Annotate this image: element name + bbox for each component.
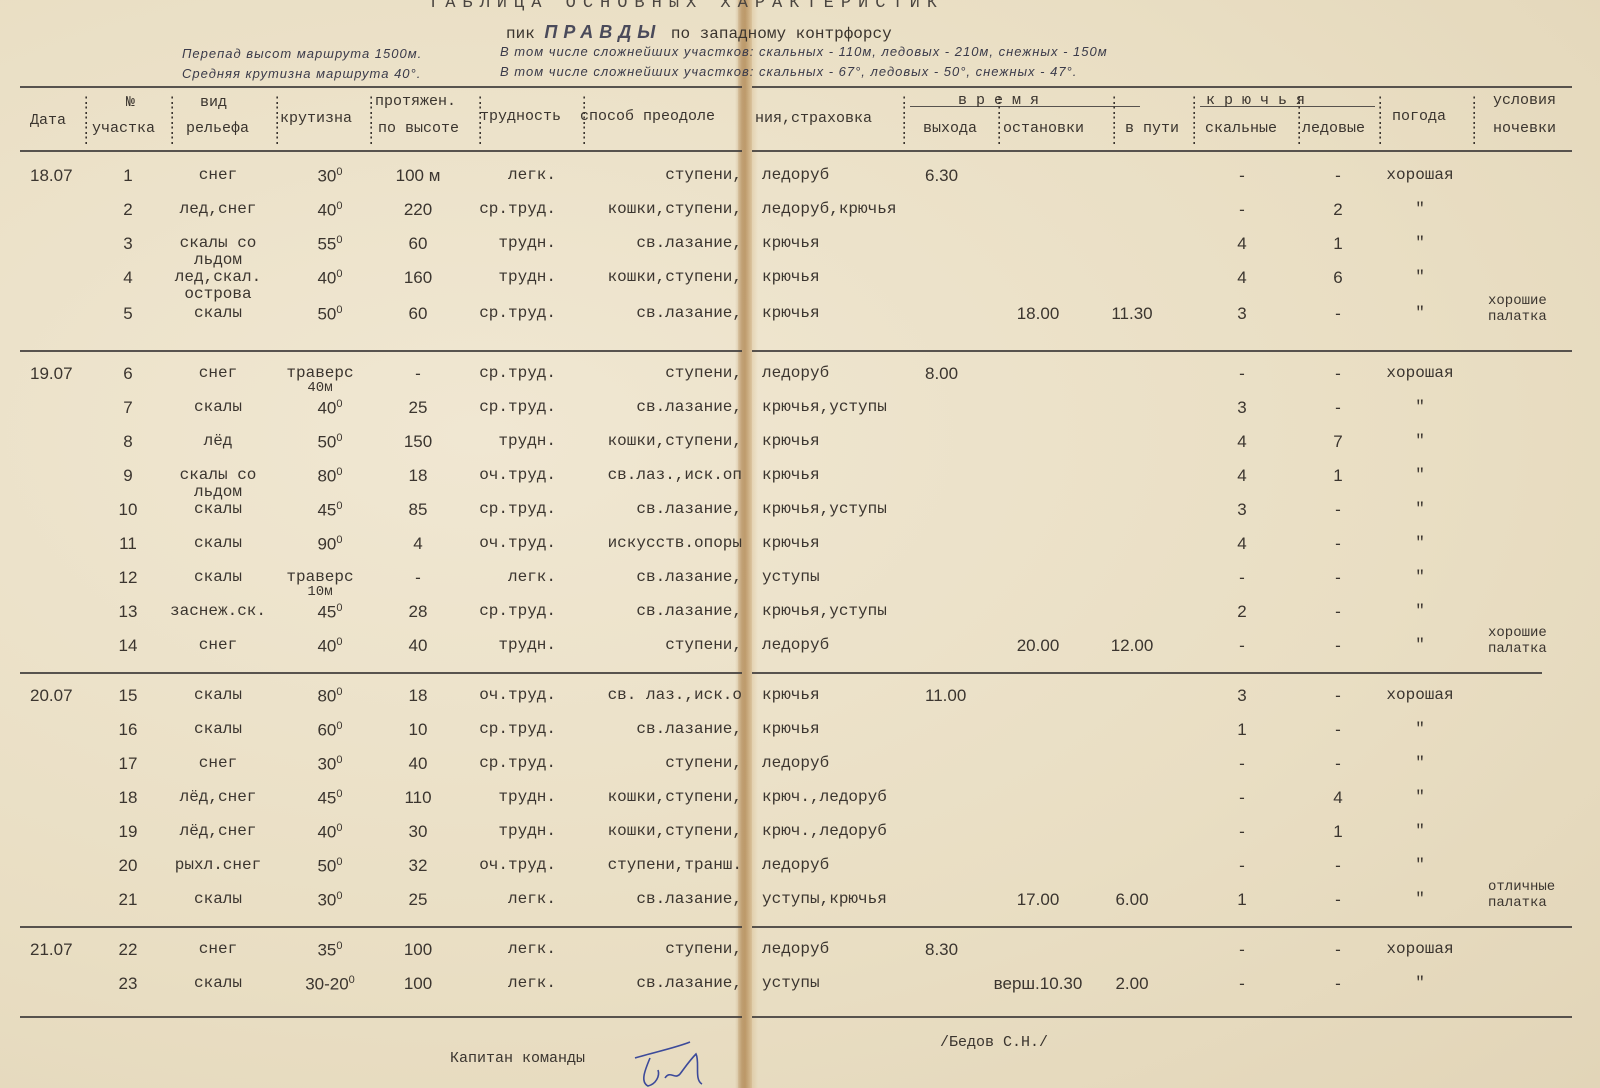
- cell-method: св.лазание,: [636, 500, 742, 518]
- cell-weather: ": [1415, 890, 1425, 908]
- cell-pitons-rock: 1: [1237, 720, 1246, 740]
- cell-pitons-ice: -: [1335, 636, 1341, 656]
- cell-relief: рыхл.снег: [175, 856, 261, 874]
- cell-segment-number: 15: [119, 686, 138, 706]
- rule-group-separator: [752, 350, 1572, 352]
- rule-group-separator: [20, 926, 742, 928]
- cell-steepness-cont: 10м: [307, 585, 332, 600]
- cell-bivouac: хорошие: [1488, 626, 1547, 641]
- cell-method: ступени,: [665, 940, 742, 958]
- cell-method: св.лазание,: [636, 568, 742, 586]
- cell-pitons-ice: -: [1335, 500, 1341, 520]
- cell-segment-number: 13: [119, 602, 138, 622]
- cell-weather: ": [1415, 268, 1425, 286]
- cell-relief: скалы: [194, 304, 242, 322]
- cell-segment-number: 5: [123, 304, 132, 324]
- cell-belay: крючья,уступы: [762, 602, 887, 620]
- cell-relief-cont: льдом: [194, 251, 242, 269]
- cell-difficulty: трудн.: [498, 234, 556, 252]
- cell-pitons-rock: 4: [1237, 234, 1246, 254]
- column-separator: :::::: [1470, 96, 1478, 146]
- col-relief: рельефа: [186, 120, 249, 137]
- cell-belay: крючья: [762, 432, 820, 450]
- cell-difficulty: трудн.: [498, 636, 556, 654]
- cell-bivouac-cont: палатка: [1488, 642, 1547, 657]
- cell-difficulty: ср.труд.: [479, 754, 556, 772]
- cell-steepness: 300: [317, 890, 342, 911]
- cell-segment-number: 22: [119, 940, 138, 960]
- rule-header-bottom-left: [20, 150, 742, 152]
- col-method: способ преодоле: [580, 108, 715, 125]
- cell-weather: хорошая: [1386, 686, 1453, 704]
- cell-steepness: 450: [317, 602, 342, 623]
- rule-header-top-right: [752, 86, 1572, 88]
- cell-pitons-ice: -: [1335, 686, 1341, 706]
- cell-relief: снег: [199, 754, 237, 772]
- cell-time-exit: 8.00: [925, 364, 958, 384]
- cell-relief: скалы: [194, 568, 242, 586]
- cell-bivouac-cont: палатка: [1488, 896, 1547, 911]
- cell-belay: ледоруб,крючья: [762, 200, 896, 218]
- cell-pitons-rock: 4: [1237, 268, 1246, 288]
- cell-relief-cont: льдом: [194, 483, 242, 501]
- cell-method: ступени,: [665, 754, 742, 772]
- cell-steepness: 400: [317, 822, 342, 843]
- cell-difficulty: ср.труд.: [479, 364, 556, 382]
- cell-relief: скалы: [194, 720, 242, 738]
- signature: [630, 1040, 720, 1088]
- document-title: ТАБЛИЦА ОСНОВНЫХ ХАРАКТЕРИСТИК: [428, 0, 944, 13]
- cell-length: 40: [409, 754, 428, 774]
- cell-length: 85: [409, 500, 428, 520]
- cell-time-stop: верш.10.30: [994, 974, 1083, 994]
- cell-belay: крючья: [762, 304, 820, 322]
- cell-weather: ": [1415, 788, 1425, 806]
- cell-method: св.лаз.,иск.оп: [608, 466, 742, 484]
- column-separator: :::::: [367, 96, 375, 146]
- cell-pitons-ice: 1: [1333, 466, 1342, 486]
- cell-weather: ": [1415, 636, 1425, 654]
- cell-steepness: 300: [317, 166, 342, 187]
- cell-length: 60: [409, 234, 428, 254]
- col-bivouac: ночевки: [1493, 120, 1556, 137]
- cell-time-stop: 18.00: [1017, 304, 1060, 324]
- cell-segment-number: 9: [123, 466, 132, 486]
- cell-length: 160: [404, 268, 432, 288]
- cell-length: 100: [404, 940, 432, 960]
- cell-steepness: 30-200: [305, 974, 355, 995]
- cell-length: 100: [404, 974, 432, 994]
- cell-difficulty: оч.труд.: [479, 856, 556, 874]
- cell-pitons-ice: 4: [1333, 788, 1342, 808]
- cell-segment-number: 14: [119, 636, 138, 656]
- cell-date: 20.07: [30, 686, 73, 706]
- cell-method: кошки,ступени,: [608, 268, 742, 286]
- cell-belay: ледоруб: [762, 364, 829, 382]
- cell-weather: ": [1415, 234, 1425, 252]
- cell-belay: крючья: [762, 686, 820, 704]
- rule-group-separator: [752, 1016, 1572, 1018]
- cell-pitons-rock: -: [1239, 568, 1245, 588]
- cell-pitons-rock: 1: [1237, 890, 1246, 910]
- cell-belay: ледоруб: [762, 166, 829, 184]
- cell-weather: ": [1415, 534, 1425, 552]
- cell-time-way: 12.00: [1111, 636, 1154, 656]
- cell-bivouac: отличные: [1488, 880, 1555, 895]
- cell-bivouac-cont: палатка: [1488, 310, 1547, 325]
- cell-belay: крючья: [762, 268, 820, 286]
- cell-method: ступени,: [665, 364, 742, 382]
- cell-segment-number: 23: [119, 974, 138, 994]
- cell-weather: ": [1415, 432, 1425, 450]
- cell-relief: скалы со: [180, 234, 257, 252]
- cell-pitons-ice: -: [1335, 890, 1341, 910]
- cell-pitons-ice: -: [1335, 856, 1341, 876]
- cell-relief: заснеж.ск.: [170, 602, 266, 620]
- cell-difficulty: ср.труд.: [479, 304, 556, 322]
- cell-relief: скалы: [194, 974, 242, 992]
- cell-length: 18: [409, 466, 428, 486]
- cell-length: 25: [409, 398, 428, 418]
- cell-pitons-rock: 4: [1237, 466, 1246, 486]
- cell-belay: крючья: [762, 720, 820, 738]
- cell-weather: ": [1415, 500, 1425, 518]
- cell-length: 100 м: [396, 166, 441, 186]
- column-separator: :::::: [900, 96, 908, 146]
- cell-belay: крючья,уступы: [762, 500, 887, 518]
- cell-segment-number: 17: [119, 754, 138, 774]
- cell-pitons-rock: -: [1239, 364, 1245, 384]
- cell-length: 25: [409, 890, 428, 910]
- cell-segment-number: 6: [123, 364, 132, 384]
- cell-steepness: 350: [317, 940, 342, 961]
- col-steepness: крутизна: [280, 110, 352, 127]
- cell-time-stop: 17.00: [1017, 890, 1060, 910]
- cell-pitons-ice: -: [1335, 720, 1341, 740]
- cell-pitons-ice: -: [1335, 940, 1341, 960]
- captain-label: Капитан команды: [450, 1050, 585, 1067]
- cell-length: 30: [409, 822, 428, 842]
- cell-pitons-ice: -: [1335, 364, 1341, 384]
- col-difficulty: трудность: [480, 108, 561, 125]
- column-separator: :::::: [82, 96, 90, 146]
- cell-difficulty: легк.: [508, 166, 556, 184]
- cell-steepness: 800: [317, 466, 342, 487]
- cell-method: св. лаз.,иск.о: [608, 686, 742, 704]
- cell-relief: скалы со: [180, 466, 257, 484]
- rule-group-separator: [20, 672, 742, 674]
- col-pitons-group: к р ю ч ь я: [1206, 92, 1305, 109]
- cell-relief: лёд,снег: [180, 788, 257, 806]
- cell-pitons-ice: -: [1335, 534, 1341, 554]
- column-separator: :::::: [476, 96, 484, 146]
- cell-belay: ледоруб: [762, 636, 829, 654]
- cell-segment-number: 20: [119, 856, 138, 876]
- cell-difficulty: ср.труд.: [479, 720, 556, 738]
- cell-method: ступени,: [665, 166, 742, 184]
- cell-pitons-rock: -: [1239, 166, 1245, 186]
- cell-weather: хорошая: [1386, 166, 1453, 184]
- cell-weather: хорошая: [1386, 364, 1453, 382]
- rule-header-bottom-right: [752, 150, 1572, 152]
- cell-segment-number: 7: [123, 398, 132, 418]
- cell-belay: крючья: [762, 534, 820, 552]
- cell-weather: ": [1415, 602, 1425, 620]
- cell-segment-number: 18: [119, 788, 138, 808]
- col-num-top: №: [126, 94, 135, 111]
- column-separator: :::::: [1190, 96, 1198, 146]
- cell-relief: лед,скал.: [175, 268, 261, 286]
- cell-segment-number: 21: [119, 890, 138, 910]
- cell-pitons-rock: 3: [1237, 398, 1246, 418]
- cell-relief-cont: острова: [184, 285, 251, 303]
- captain-name: /Бедов С.Н./: [940, 1034, 1048, 1051]
- cell-segment-number: 10: [119, 500, 138, 520]
- cell-time-exit: 6.30: [925, 166, 958, 186]
- cell-segment-number: 1: [123, 166, 132, 186]
- cell-length: -: [415, 568, 421, 588]
- cell-weather: хорошая: [1386, 940, 1453, 958]
- cell-weather: ": [1415, 974, 1425, 992]
- cell-segment-number: 19: [119, 822, 138, 842]
- cell-segment-number: 3: [123, 234, 132, 254]
- cell-length: 10: [409, 720, 428, 740]
- handwritten-steepness: Средняя крутизна маршрута 40°.: [182, 66, 421, 81]
- cell-pitons-ice: -: [1335, 754, 1341, 774]
- cell-relief: лёд,снег: [180, 822, 257, 840]
- cell-pitons-rock: 4: [1237, 534, 1246, 554]
- cell-steepness: 400: [317, 268, 342, 289]
- cell-pitons-ice: -: [1335, 166, 1341, 186]
- cell-method: св.лазание,: [636, 602, 742, 620]
- cell-belay: ледоруб: [762, 940, 829, 958]
- cell-weather: ": [1415, 398, 1425, 416]
- column-separator: :::::: [1295, 96, 1303, 146]
- cell-relief: скалы: [194, 686, 242, 704]
- col-time-way: в пути: [1125, 120, 1179, 137]
- cell-bivouac: хорошие: [1488, 294, 1547, 309]
- cell-date: 21.07: [30, 940, 73, 960]
- cell-pitons-rock: 3: [1237, 304, 1246, 324]
- cell-pitons-rock: -: [1239, 200, 1245, 220]
- cell-method: св.лазание,: [636, 890, 742, 908]
- cell-pitons-ice: 1: [1333, 822, 1342, 842]
- subtitle-prefix: пик: [506, 25, 535, 43]
- cell-belay: крюч.,ледоруб: [762, 822, 887, 840]
- cell-weather: ": [1415, 466, 1425, 484]
- cell-steepness: 400: [317, 398, 342, 419]
- cell-difficulty: легк.: [508, 974, 556, 992]
- subtitle-suffix: по западному контрфорсу: [671, 25, 892, 43]
- cell-segment-number: 12: [119, 568, 138, 588]
- handwritten-elevation: Перепад высот маршрута 1500м.: [182, 46, 422, 61]
- cell-relief: снег: [199, 364, 237, 382]
- cell-belay: уступы,крючья: [762, 890, 887, 908]
- cell-steepness: 600: [317, 720, 342, 741]
- cell-length: 150: [404, 432, 432, 452]
- cell-pitons-ice: 6: [1333, 268, 1342, 288]
- cell-pitons-ice: -: [1335, 974, 1341, 994]
- cell-length: -: [415, 364, 421, 384]
- cell-pitons-rock: -: [1239, 856, 1245, 876]
- cell-pitons-rock: -: [1239, 754, 1245, 774]
- cell-difficulty: легк.: [508, 568, 556, 586]
- rule-group-separator: [20, 350, 742, 352]
- cell-weather: ": [1415, 822, 1425, 840]
- cell-segment-number: 8: [123, 432, 132, 452]
- column-separator: :::::: [1376, 96, 1384, 146]
- handwritten-elevation-details: В том числе сложнейших участков: скальны…: [500, 44, 1108, 59]
- rule-group-separator: [752, 926, 1572, 928]
- cell-difficulty: оч.труд.: [479, 534, 556, 552]
- cell-difficulty: ср.труд.: [479, 200, 556, 218]
- cell-relief: лед,снег: [180, 200, 257, 218]
- cell-pitons-ice: -: [1335, 568, 1341, 588]
- cell-method: кошки,ступени,: [608, 200, 742, 218]
- cell-weather: ": [1415, 856, 1425, 874]
- col-time-stop: остановки: [1003, 120, 1084, 137]
- cell-belay: крюч.,ледоруб: [762, 788, 887, 806]
- cell-difficulty: трудн.: [498, 432, 556, 450]
- cell-difficulty: оч.труд.: [479, 686, 556, 704]
- cell-belay: ледоруб: [762, 856, 829, 874]
- col-belay: ния,страховка: [755, 110, 872, 127]
- cell-steepness: 450: [317, 500, 342, 521]
- cell-method: искусств.опоры: [608, 534, 742, 552]
- col-date: Дата: [30, 112, 66, 129]
- cell-steepness: 500: [317, 304, 342, 325]
- cell-method: св.лазание,: [636, 304, 742, 322]
- cell-relief: лёд: [204, 432, 233, 450]
- column-separator: :::::: [995, 96, 1003, 146]
- col-num: участка: [92, 120, 155, 137]
- column-separator: :::::: [273, 96, 281, 146]
- cell-method: кошки,ступени,: [608, 432, 742, 450]
- cell-length: 60: [409, 304, 428, 324]
- cell-steepness: 300: [317, 754, 342, 775]
- col-pitons-rock: скальные: [1205, 120, 1277, 137]
- cell-pitons-ice: -: [1335, 304, 1341, 324]
- col-length-top: протяжен.: [375, 93, 456, 110]
- cell-method: св.лазание,: [636, 398, 742, 416]
- cell-method: ступени,транш.: [608, 856, 742, 874]
- cell-pitons-rock: -: [1239, 974, 1245, 994]
- cell-segment-number: 4: [123, 268, 132, 288]
- cell-method: кошки,ступени,: [608, 822, 742, 840]
- cell-difficulty: трудн.: [498, 268, 556, 286]
- cell-time-exit: 11.00: [925, 686, 966, 706]
- cell-relief: скалы: [194, 890, 242, 908]
- cell-difficulty: трудн.: [498, 788, 556, 806]
- column-separator: :::::: [1110, 96, 1118, 146]
- cell-pitons-rock: 3: [1237, 686, 1246, 706]
- rule-group-separator: [752, 672, 1542, 674]
- handwritten-steepness-details: В том числе сложнейших участков: скальны…: [500, 64, 1077, 79]
- cell-relief: снег: [199, 166, 237, 184]
- cell-length: 18: [409, 686, 428, 706]
- cell-time-stop: 20.00: [1017, 636, 1060, 656]
- cell-method: кошки,ступени,: [608, 788, 742, 806]
- cell-weather: ": [1415, 754, 1425, 772]
- cell-pitons-rock: -: [1239, 636, 1245, 656]
- cell-difficulty: ср.труд.: [479, 602, 556, 620]
- cell-difficulty: трудн.: [498, 822, 556, 840]
- cell-pitons-rock: -: [1239, 788, 1245, 808]
- cell-relief: скалы: [194, 398, 242, 416]
- cell-difficulty: легк.: [508, 890, 556, 908]
- cell-steepness: 450: [317, 788, 342, 809]
- cell-pitons-rock: 3: [1237, 500, 1246, 520]
- col-bivouac-top: условия: [1493, 92, 1556, 109]
- cell-steepness: 500: [317, 856, 342, 877]
- cell-weather: ": [1415, 568, 1425, 586]
- cell-pitons-rock: -: [1239, 822, 1245, 842]
- col-relief-top: вид: [200, 94, 227, 111]
- cell-pitons-rock: -: [1239, 940, 1245, 960]
- cell-method: ступени,: [665, 636, 742, 654]
- cell-time-way: 6.00: [1115, 890, 1148, 910]
- cell-segment-number: 11: [119, 534, 137, 554]
- cell-belay: уступы: [762, 568, 820, 586]
- cell-pitons-rock: 2: [1237, 602, 1246, 622]
- cell-length: 110: [404, 788, 431, 808]
- cell-steepness: 550: [317, 234, 342, 255]
- col-weather: погода: [1392, 108, 1446, 125]
- cell-method: св.лазание,: [636, 720, 742, 738]
- cell-pitons-ice: 2: [1333, 200, 1342, 220]
- cell-difficulty: оч.труд.: [479, 466, 556, 484]
- cell-steepness: 400: [317, 200, 342, 221]
- cell-pitons-ice: -: [1335, 398, 1341, 418]
- cell-belay: ледоруб: [762, 754, 829, 772]
- peak-name: ПРАВДЫ: [544, 22, 661, 42]
- cell-relief: снег: [199, 940, 237, 958]
- cell-length: 28: [409, 602, 428, 622]
- cell-difficulty: легк.: [508, 940, 556, 958]
- col-time-exit: выхода: [923, 120, 977, 137]
- cell-length: 32: [409, 856, 428, 876]
- cell-belay: крючья: [762, 234, 820, 252]
- cell-pitons-ice: 1: [1333, 234, 1342, 254]
- cell-segment-number: 16: [119, 720, 138, 740]
- cell-belay: уступы: [762, 974, 820, 992]
- cell-time-way: 2.00: [1115, 974, 1148, 994]
- cell-length: 220: [404, 200, 432, 220]
- cell-time-way: 11.30: [1111, 304, 1152, 324]
- cell-steepness: 800: [317, 686, 342, 707]
- cell-steepness-cont: 40м: [307, 381, 332, 396]
- cell-weather: ": [1415, 720, 1425, 738]
- cell-relief: скалы: [194, 534, 242, 552]
- cell-time-exit: 8.30: [925, 940, 958, 960]
- cell-pitons-rock: 4: [1237, 432, 1246, 452]
- cell-difficulty: ср.труд.: [479, 500, 556, 518]
- cell-steepness: 900: [317, 534, 342, 555]
- cell-segment-number: 2: [123, 200, 132, 220]
- rule-header-top-left: [20, 86, 742, 88]
- cell-date: 19.07: [30, 364, 73, 384]
- cell-steepness: 500: [317, 432, 342, 453]
- cell-relief: снег: [199, 636, 237, 654]
- cell-weather: ": [1415, 200, 1425, 218]
- cell-weather: ": [1415, 304, 1425, 322]
- cell-date: 18.07: [30, 166, 73, 186]
- cell-difficulty: ср.труд.: [479, 398, 556, 416]
- cell-method: св.лазание,: [636, 974, 742, 992]
- column-separator: :::::: [580, 96, 588, 146]
- cell-pitons-ice: 7: [1333, 432, 1342, 452]
- col-length: по высоте: [378, 120, 459, 137]
